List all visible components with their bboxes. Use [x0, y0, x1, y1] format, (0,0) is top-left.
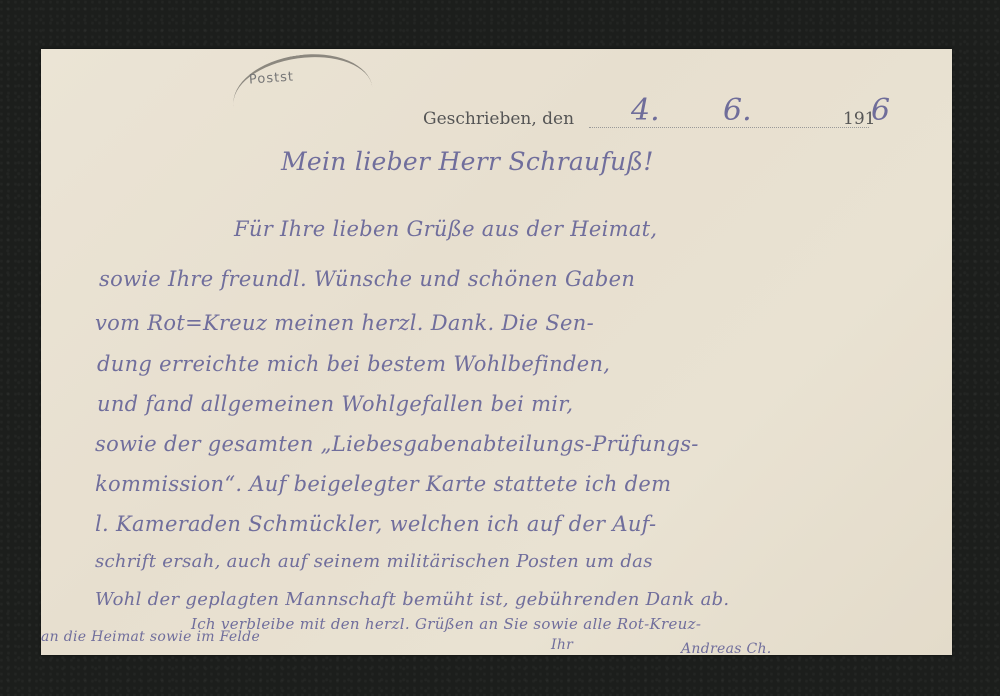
body-line: und fand allgemeinen Wohlgefallen bei mi… — [97, 392, 573, 416]
salutation: Mein lieber Herr Schraufuß! — [281, 147, 654, 176]
postmark-circle — [228, 46, 378, 148]
signature-name: Andreas Ch. — [681, 641, 772, 657]
date-month: 6. — [723, 93, 752, 128]
closing-line: Ich verbleibe mit den herzl. Grüßen an S… — [191, 615, 701, 633]
postcard: Postst Geschrieben, den 4. 6. 191 6 Mein… — [41, 49, 952, 655]
body-line: dung erreichte mich bei bestem Wohlbefin… — [97, 352, 610, 376]
year-handwritten: 6 — [871, 93, 890, 128]
postmark-text: Postst — [249, 69, 295, 87]
body-line: schrift ersah, auch auf seinem militäris… — [95, 551, 653, 572]
body-line: l. Kameraden Schmückler, welchen ich auf… — [95, 512, 656, 536]
date-day: 4. — [631, 93, 660, 128]
printed-label: Geschrieben, den — [423, 109, 574, 129]
date-header: Geschrieben, den 4. 6. 191 6 — [423, 99, 923, 139]
body-line: Für Ihre lieben Grüße aus der Heimat, — [234, 217, 657, 241]
body-line: vom Rot=Kreuz meinen herzl. Dank. Die Se… — [95, 311, 594, 335]
body-line: kommission“. Auf beigelegter Karte statt… — [95, 472, 671, 496]
body-line: Wohl der geplagten Mannschaft bemüht ist… — [95, 589, 729, 610]
body-line: sowie der gesamten „Liebesgabenabteilung… — [95, 432, 699, 456]
margin-note: an die Heimat sowie im Felde — [41, 629, 260, 645]
body-line: sowie Ihre freundl. Wünsche und schönen … — [99, 267, 635, 291]
signature-initials: Ihr — [551, 637, 573, 653]
